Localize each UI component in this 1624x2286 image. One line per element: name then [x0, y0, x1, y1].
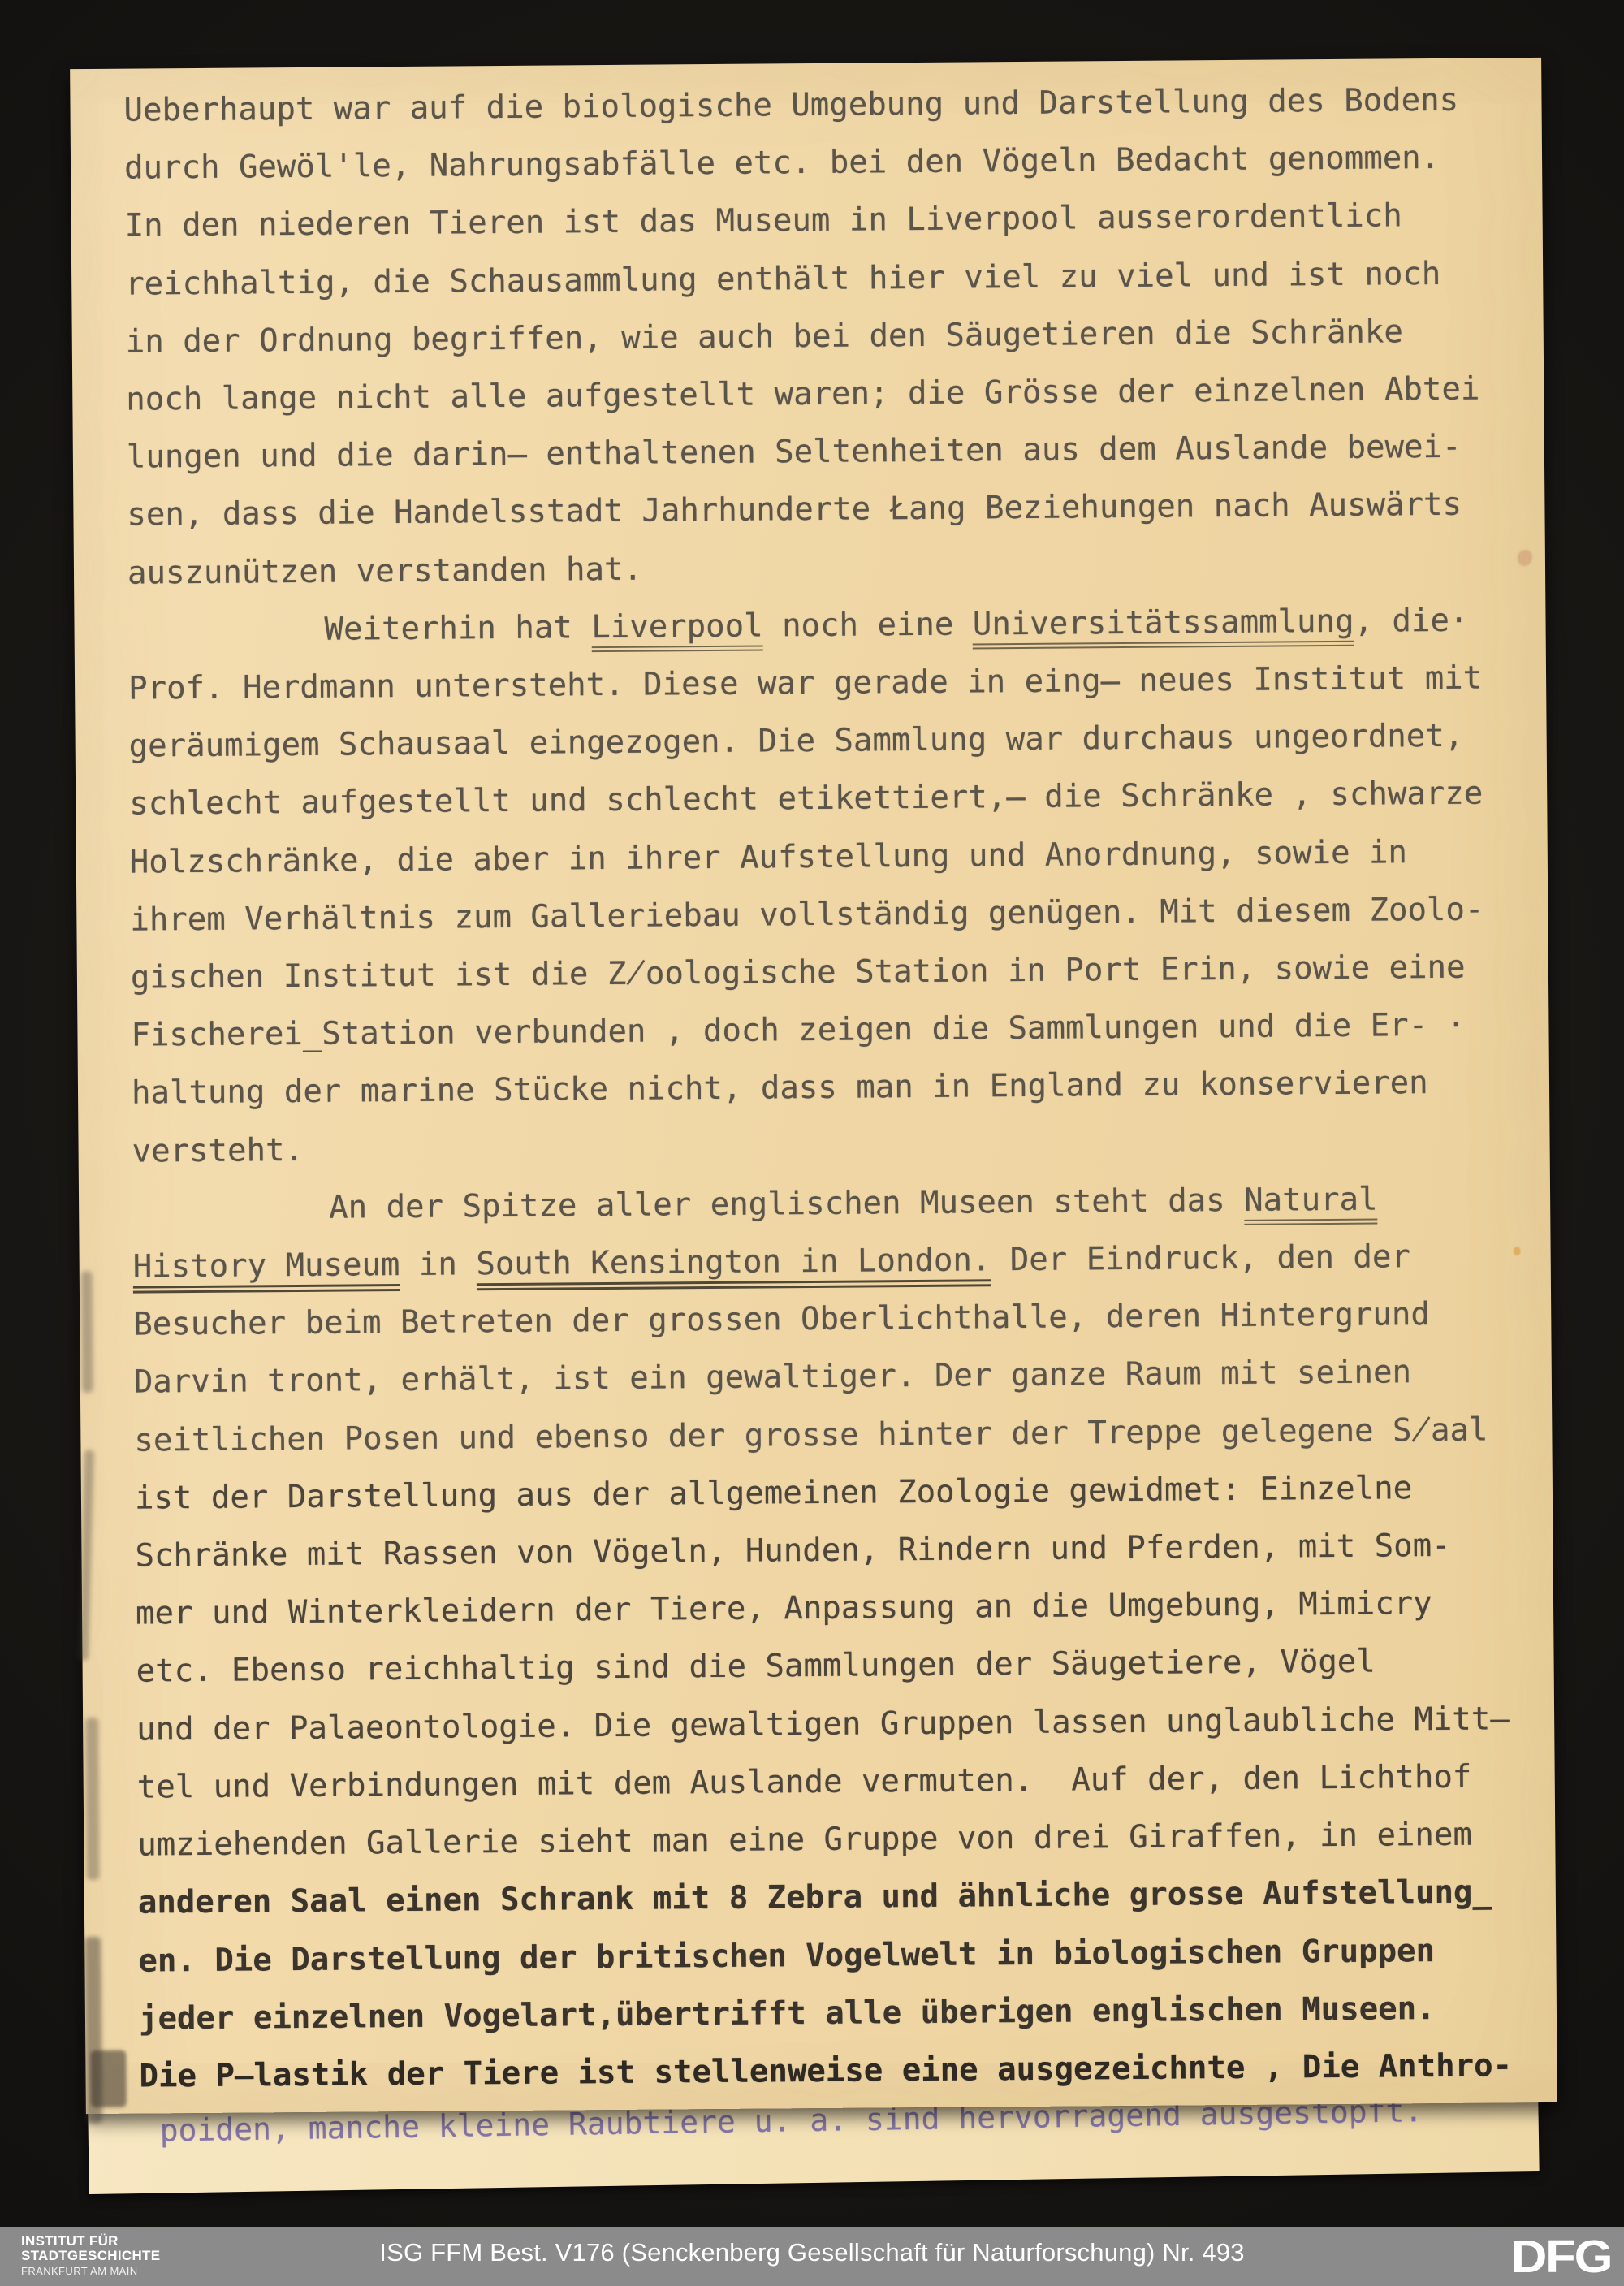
underlined-liverpool: Liverpool [591, 607, 763, 652]
typed-line: seitlichen Posen und ebenso der grosse h… [134, 1401, 1531, 1470]
typewritten-text: Ueberhaupt war auf die biologische Umgeb… [123, 71, 1536, 2113]
viewer-footer-bar: INSTITUT FÜR STADTGESCHICHTE FRANKFURT A… [0, 2227, 1624, 2286]
typed-line: anderen Saal einen Schrank mit 8 Zebra u… [138, 1863, 1535, 1932]
typed-line: schlecht aufgestellt und schlecht etiket… [129, 765, 1527, 834]
typed-line: haltung der marine Stücke nicht, dass ma… [132, 1054, 1529, 1123]
typed-line: History Museum in South Kensington in Lo… [132, 1227, 1530, 1296]
typed-line: Weiterhin hat Liverpool noch eine Univer… [127, 591, 1525, 660]
typed-line: lungen und die darin̶ enthaltenen Selten… [127, 417, 1524, 486]
typed-line: durch Gewöl'le, Nahrungsabfälle etc. bei… [124, 128, 1522, 197]
typed-line: An der Spitze aller englischen Museen st… [132, 1169, 1530, 1238]
typed-line: umziehenden Gallerie sieht man eine Grup… [137, 1805, 1535, 1874]
typed-line: ihrem Verhältnis zum Galleriebau vollstä… [130, 880, 1527, 949]
underlined-natural: Natural [1244, 1181, 1378, 1225]
typed-line: mer und Winterkleidern der Tiere, Anpass… [136, 1574, 1533, 1643]
underlined-south-kensington: South Kensington in London. [476, 1242, 991, 1290]
typed-line: etc. Ebenso reichhaltig sind die Sammlun… [136, 1632, 1533, 1701]
dfg-logo: DFG [1511, 2230, 1611, 2284]
typed-text: Der Eindruck, den der [991, 1238, 1410, 1278]
typed-text: in [400, 1246, 476, 1283]
typed-line: auszunützen verstanden hat. [127, 534, 1525, 603]
typed-line: In den niederen Tieren ist das Museum in… [124, 187, 1522, 256]
typed-line: in der Ordnung begriffen, wie auch bei d… [126, 302, 1523, 371]
paper-stain [81, 1271, 93, 1393]
underlined-history-museum: History Museum [133, 1247, 400, 1294]
typed-line: Die P̶lastik der Tiere ist stellenweise … [139, 2037, 1536, 2106]
typed-line: ist der Darstellung aus der allgemeinen … [135, 1458, 1532, 1528]
typed-line: und der Palaeontologie. Die gewaltigen G… [136, 1690, 1534, 1759]
typed-line: gischen Institut ist die Z̸oologische St… [131, 938, 1528, 1007]
typed-line: Fischerei_Station verbunden , doch zeige… [131, 996, 1528, 1065]
archive-reference: ISG FFM Best. V176 (Senckenberg Gesellsc… [0, 2238, 1624, 2267]
document-page: Ueberhaupt war auf die biologische Umgeb… [70, 58, 1557, 2114]
typed-line: Schränke mit Rassen von Vögeln, Hunden, … [135, 1516, 1532, 1585]
typed-text: An der Spitze aller englischen Museen st… [329, 1182, 1244, 1226]
typed-line: geräumigem Schausaal eingezogen. Die Sam… [128, 707, 1526, 776]
typed-line: jeder einzelnen Vogelart,übertrifft alle… [139, 1979, 1536, 2048]
typed-line: Darvin tront, erhält, ist ein gewaltiger… [134, 1343, 1531, 1412]
paper-stain [90, 2050, 127, 2107]
typed-line: Ueberhaupt war auf die biologische Umgeb… [123, 71, 1521, 140]
typed-line: tel und Verbindungen mit dem Auslande ve… [136, 1748, 1534, 1817]
underlined-universitaetssammlung: Universitätssammlung [973, 603, 1354, 650]
typed-line: Prof. Herdmann untersteht. Diese war ger… [128, 649, 1526, 718]
typed-text: , die· [1354, 602, 1468, 639]
typed-line: en. Die Darstellung der britischen Vogel… [138, 1921, 1535, 1990]
typed-text: Weiterhin hat [324, 609, 591, 648]
typed-line: reichhaltig, die Schausammlung enthält h… [125, 244, 1522, 313]
typed-line: sen, dass die Handelsstadt Jahrhunderte … [127, 476, 1524, 545]
typed-line: versteht. [132, 1112, 1529, 1181]
paper-stain [79, 1450, 94, 1661]
typed-line: Besucher beim Betreten der grossen Oberl… [133, 1285, 1531, 1354]
typed-text: noch eine [762, 606, 973, 644]
paper-stain [85, 1718, 100, 1880]
typed-line: Holzschränke, die aber in ihrer Aufstell… [130, 823, 1527, 892]
typed-line: noch lange nicht alle aufgestellt waren;… [126, 360, 1523, 429]
